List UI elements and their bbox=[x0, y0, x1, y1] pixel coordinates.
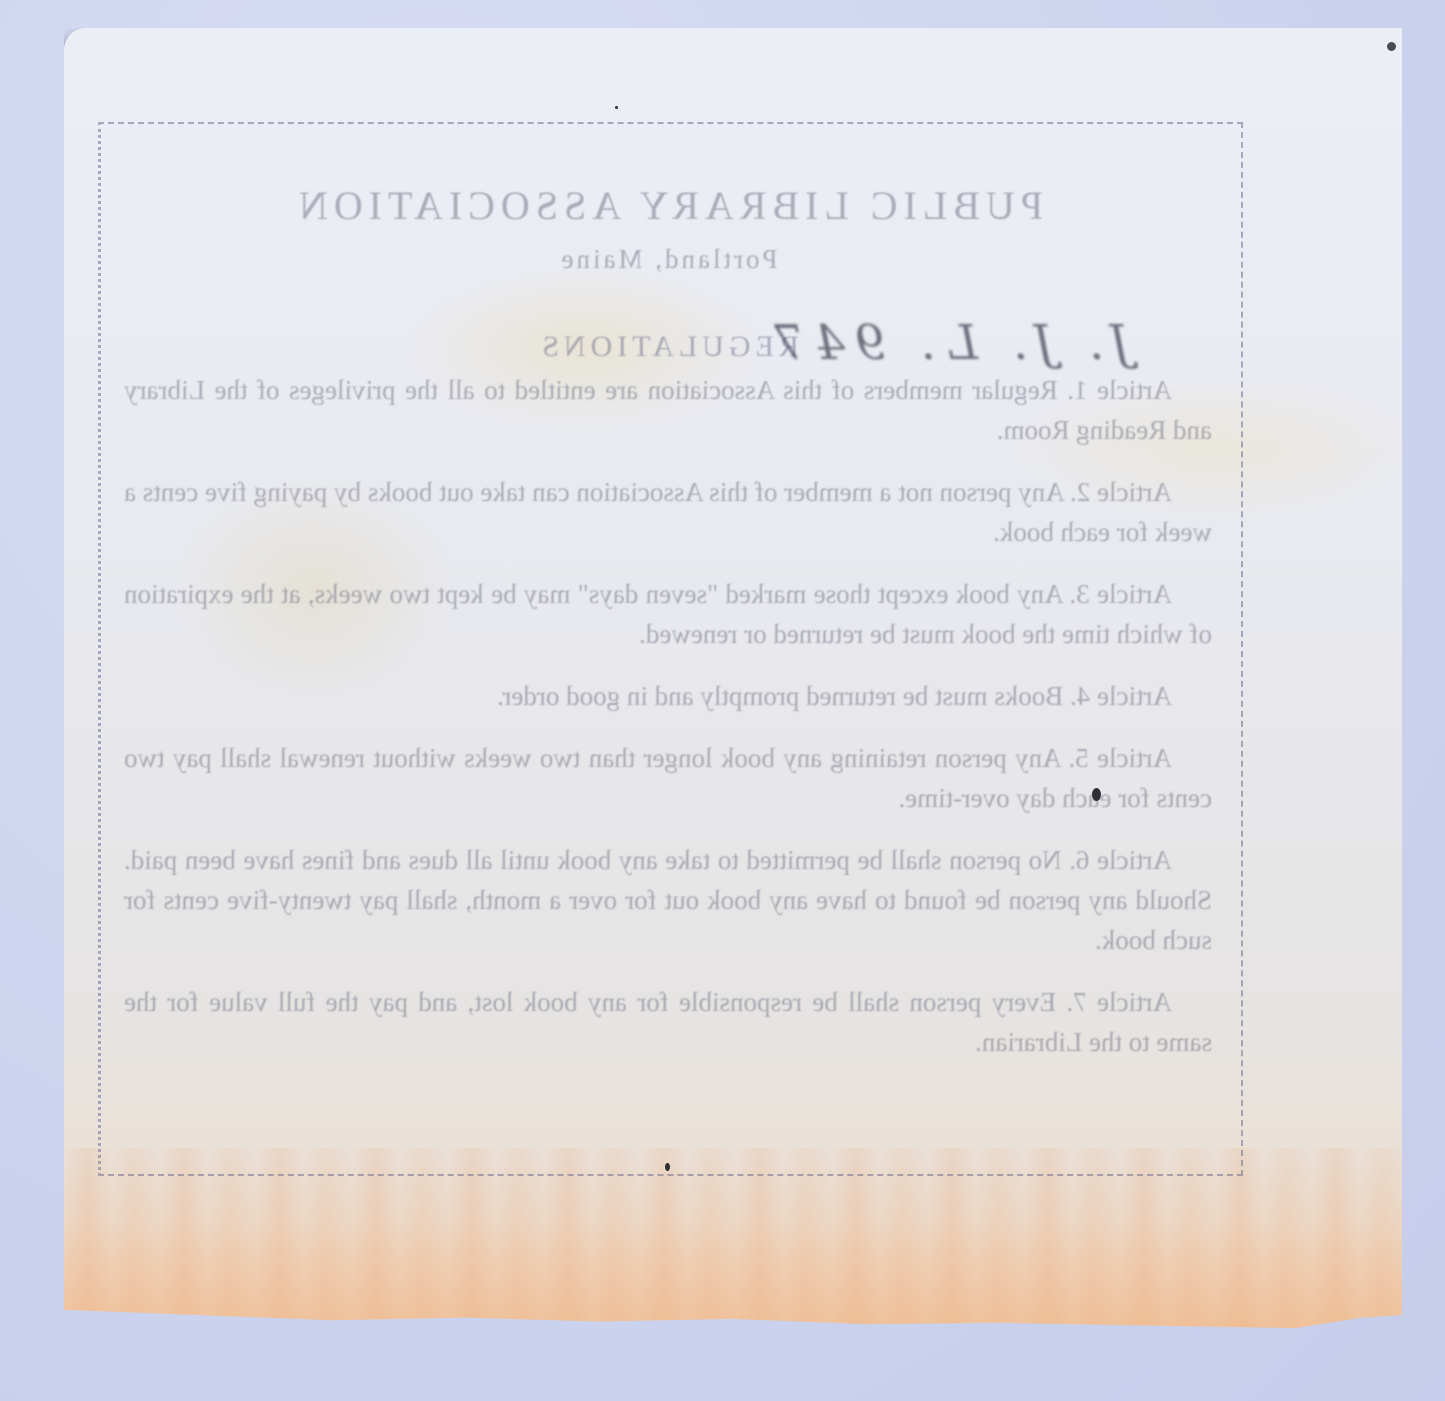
rule-item: Article 6. No person shall be permitted … bbox=[124, 840, 1212, 960]
ink-speck bbox=[615, 106, 618, 109]
handwritten-note: J. J. L. 947 bbox=[764, 315, 1130, 371]
corner-mark bbox=[1387, 42, 1396, 51]
document-title: Public Library Association bbox=[98, 182, 1238, 229]
rule-item: Article 1. Regular members of this Assoc… bbox=[124, 370, 1212, 450]
rule-item: Article 5. Any person retaining any book… bbox=[124, 738, 1212, 818]
ink-speck bbox=[665, 1163, 670, 1171]
ink-speck bbox=[1092, 788, 1101, 801]
rule-item: Article 4. Books must be returned prompt… bbox=[124, 676, 1212, 716]
rule-item: Article 2. Any person not a member of th… bbox=[124, 472, 1212, 552]
rule-item: Article 3. Any book except those marked … bbox=[124, 574, 1212, 654]
rule-item: Article 7. Every person shall be respons… bbox=[124, 982, 1212, 1062]
mirrored-bleedthrough-text: Public Library Association Portland, Mai… bbox=[98, 122, 1238, 1172]
document-subtitle: Portland, Maine bbox=[98, 244, 1238, 275]
rules-list: Article 1. Regular members of this Assoc… bbox=[124, 370, 1212, 1084]
